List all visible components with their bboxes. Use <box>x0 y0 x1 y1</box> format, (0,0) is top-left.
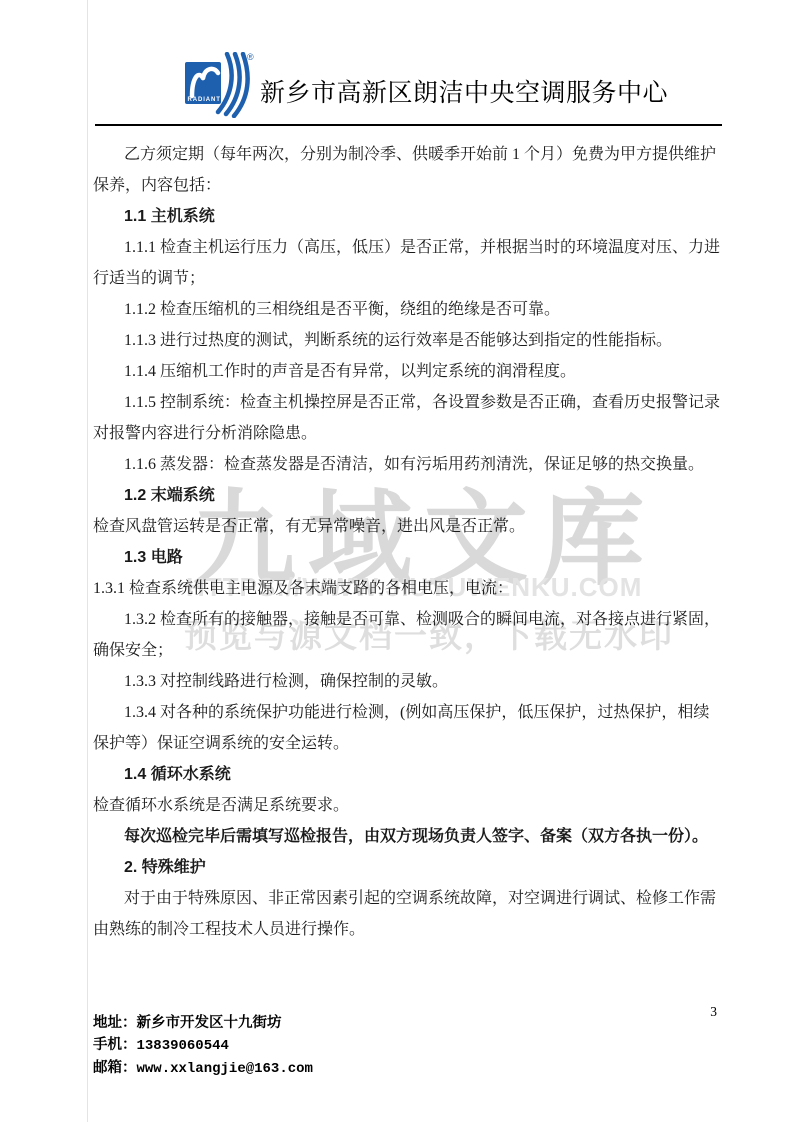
paragraph-1-3-4: 1.3.4 对各种的系统保护功能进行检测，(例如高压保护，低压保护，过热保护，相… <box>93 697 722 759</box>
paragraph-1-1-6: 1.1.6 蒸发器：检查蒸发器是否清洁，如有污垢用药剂清洗，保证足够的热交换量。 <box>93 449 722 480</box>
paragraph-1-1-1: 1.1.1 检查主机运行压力（高压，低压）是否正常，并根据当时的环境温度对压、力… <box>93 232 722 294</box>
section-heading-2: 2. 特殊维护 <box>93 852 722 883</box>
paragraph-1-3-2: 1.3.2 检查所有的接触器，接触是否可靠、检测吸合的瞬间电流，对各接点进行紧固… <box>93 604 722 666</box>
paragraph-intro: 乙方须定期（每年两次，分别为制冷季、供暖季开始前 1 个月）免费为甲方提供维护保… <box>93 139 722 201</box>
address-value: 新乡市开发区十九街坊 <box>137 1015 282 1031</box>
page-number: 3 <box>710 1004 717 1020</box>
footer-address-line: 地址：新乡市开发区十九街坊 <box>93 1012 313 1034</box>
paragraph-2-body: 对于由于特殊原因、非正常因素引起的空调系统故障，对空调进行调试、检修工作需由熟练… <box>93 883 722 945</box>
section-heading-1-2: 1.2 末端系统 <box>93 480 722 511</box>
phone-label: 手机： <box>93 1037 137 1053</box>
document-footer: 地址：新乡市开发区十九街坊 手机：13839060544 邮箱：www.xxla… <box>93 1012 313 1080</box>
logo-brand-text: RADIANT <box>188 97 221 103</box>
organization-title: 新乡市高新区朗洁中央空调服务中心 <box>260 81 668 106</box>
radiant-logo-icon: RADIANT ® <box>185 52 257 118</box>
paragraph-1-1-5: 1.1.5 控制系统：检查主机操控屏是否正常，各设置参数是否正确，查看历史报警记… <box>93 387 722 449</box>
notice-paragraph: 每次巡检完毕后需填写巡检报告，由双方现场负责人签字、备案（双方各执一份）。 <box>93 821 722 852</box>
email-label: 邮箱： <box>93 1060 137 1076</box>
section-heading-1-3: 1.3 电路 <box>93 542 722 573</box>
paragraph-1-1-2: 1.1.2 检查压缩机的三相绕组是否平衡，绕组的绝缘是否可靠。 <box>93 294 722 325</box>
page-edge-line <box>87 0 88 1122</box>
document-page: RADIANT ® 新乡市高新区朗洁中央空调服务中心 九域文库 HTTPS://… <box>0 0 793 1122</box>
paragraph-1-3-1: 1.3.1 检查系统供电主电源及各末端支路的各相电压，电流： <box>93 573 722 604</box>
email-value: www.xxlangjie@163.com <box>137 1061 313 1077</box>
phone-value: 13839060544 <box>137 1038 229 1054</box>
header-brand-block: RADIANT ® 新乡市高新区朗洁中央空调服务中心 <box>185 52 668 118</box>
paragraph-1-4-body: 检查循环水系统是否满足系统要求。 <box>93 790 722 821</box>
section-heading-1-4: 1.4 循环水系统 <box>93 759 722 790</box>
paragraph-1-1-3: 1.1.3 进行过热度的测试，判断系统的运行效率是否能够达到指定的性能指标。 <box>93 325 722 356</box>
footer-email-line: 邮箱：www.xxlangjie@163.com <box>93 1057 313 1080</box>
section-heading-1-1: 1.1 主机系统 <box>93 201 722 232</box>
document-header: RADIANT ® 新乡市高新区朗洁中央空调服务中心 <box>95 0 722 126</box>
paragraph-1-2-body: 检查风盘管运转是否正常，有无异常噪音，进出风是否正常。 <box>93 511 722 542</box>
paragraph-1-1-4: 1.1.4 压缩机工作时的声音是否有异常，以判定系统的润滑程度。 <box>93 356 722 387</box>
address-label: 地址： <box>93 1015 137 1031</box>
registered-trademark-icon: ® <box>247 52 254 62</box>
paragraph-1-3-3: 1.3.3 对控制线路进行检测，确保控制的灵敏。 <box>93 666 722 697</box>
footer-phone-line: 手机：13839060544 <box>93 1034 313 1057</box>
document-body: 乙方须定期（每年两次，分别为制冷季、供暖季开始前 1 个月）免费为甲方提供维护保… <box>93 139 722 945</box>
